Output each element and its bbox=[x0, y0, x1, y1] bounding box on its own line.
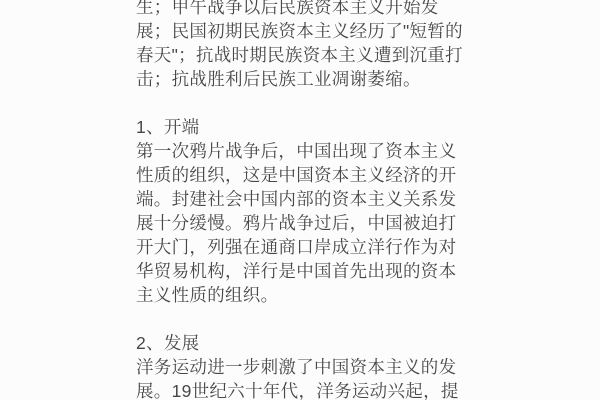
text-line: 华贸易机构，洋行是中国首先出现的资本 bbox=[136, 259, 466, 283]
section-development: 2、发展 洋务运动进一步刺激了中国资本主义的发 展。19世纪六十年代，洋务运动兴… bbox=[136, 331, 466, 400]
text-line: 展；民国初期民族资本主义经历了"短暂的 bbox=[136, 19, 466, 43]
text-line: 击；抗战胜利后民族工业凋谢萎缩。 bbox=[136, 67, 466, 91]
paragraph-spacer bbox=[136, 91, 466, 115]
text-line: 洋务运动进一步刺激了中国资本主义的发 bbox=[136, 355, 466, 379]
text-line: 开大门，列强在通商口岸成立洋行作为对 bbox=[136, 235, 466, 259]
paragraph-intro: 生；甲午战争以后民族资本主义开始发 展；民国初期民族资本主义经历了"短暂的 春天… bbox=[136, 0, 466, 91]
text-line: 展。19世纪六十年代，洋务运动兴起，提 bbox=[136, 379, 466, 400]
text-line: 性质的组织，这是中国资本主义经济的开 bbox=[136, 163, 466, 187]
text-line: 展十分缓慢。鸦片战争过后，中国被迫打 bbox=[136, 211, 466, 235]
article-body[interactable]: 生；甲午战争以后民族资本主义开始发 展；民国初期民族资本主义经历了"短暂的 春天… bbox=[136, 0, 466, 400]
section-heading: 2、发展 bbox=[136, 331, 466, 355]
section-heading: 1、开端 bbox=[136, 115, 466, 139]
paragraph-spacer bbox=[136, 307, 466, 331]
text-line: 端。封建社会中国内部的资本主义关系发 bbox=[136, 187, 466, 211]
text-line: 春天"；抗战时期民族资本主义遭到沉重打 bbox=[136, 43, 466, 67]
text-line: 第一次鸦片战争后，中国出现了资本主义 bbox=[136, 139, 466, 163]
text-line: 生；甲午战争以后民族资本主义开始发 bbox=[136, 0, 466, 19]
text-line: 主义性质的组织。 bbox=[136, 283, 466, 307]
section-opening: 1、开端 第一次鸦片战争后，中国出现了资本主义 性质的组织，这是中国资本主义经济… bbox=[136, 115, 466, 307]
